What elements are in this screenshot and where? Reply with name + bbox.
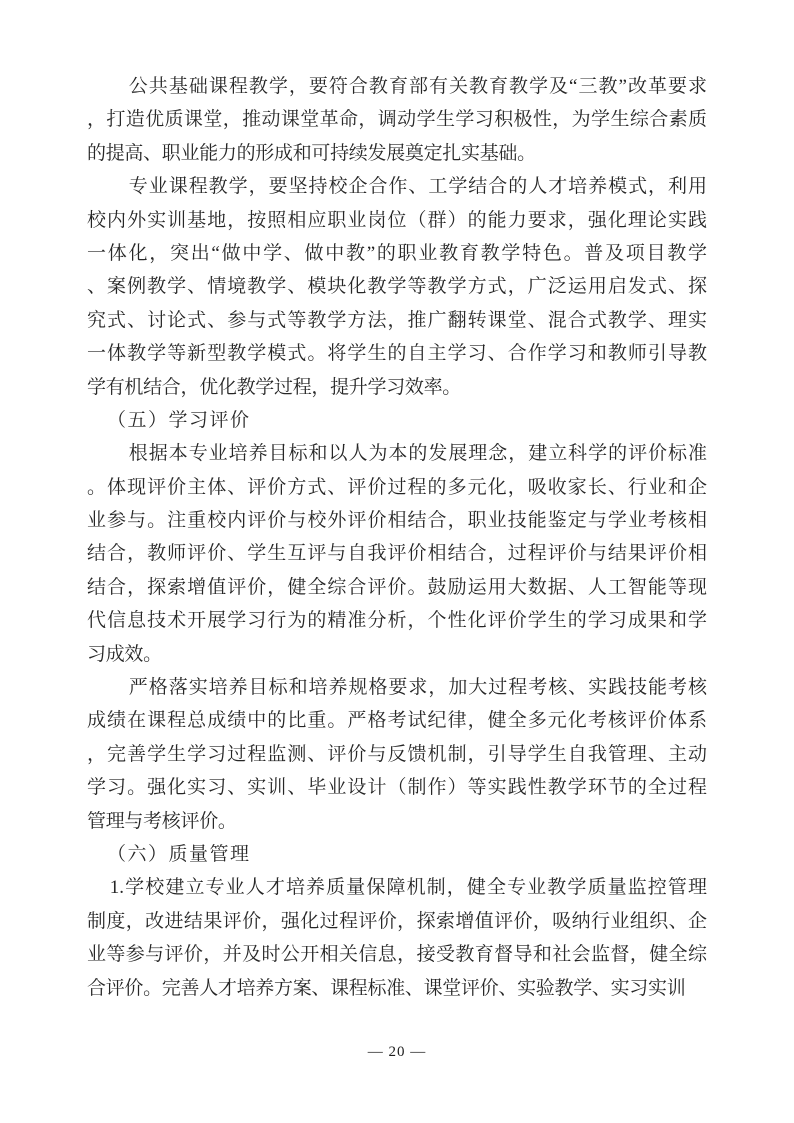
text-line: ，打造优质课堂，推动课堂革命，调动学生学习积极性，为学生综合素质	[87, 103, 707, 136]
text-line: ，完善学生学习过程监测、评价与反馈机制，引导学生自我管理、主动	[87, 738, 707, 771]
text-line: 根据本专业培养目标和以人为本的发展理念，建立科学的评价标准	[87, 437, 707, 470]
text-line: 学有机结合，优化教学过程，提升学习效率。	[87, 371, 707, 404]
text-block: 公共基础课程教学，要符合教育部有关教育教学及“三教”改革要求，打造优质课堂，推动…	[87, 70, 707, 1005]
text-line: 学习。强化实习、实训、毕业设计（制作）等实践性教学环节的全过程	[87, 771, 707, 804]
text-line: 。体现评价主体、评价方式、评价过程的多元化，吸收家长、行业和企	[87, 471, 707, 504]
section-heading: （五）学习评价	[87, 404, 707, 437]
text-line: 习成效。	[87, 638, 707, 671]
text-line: 业参与。注重校内评价与校外评价相结合，职业技能鉴定与学业考核相	[87, 504, 707, 537]
text-line: 代信息技术开展学习行为的精准分析，个性化评价学生的学习成果和学	[87, 604, 707, 637]
text-line: 一体化，突出“做中学、做中教”的职业教育教学特色。普及项目教学	[87, 237, 707, 270]
text-line: 校内外实训基地，按照相应职业岗位（群）的能力要求，强化理论实践	[87, 204, 707, 237]
text-line: 成绩在课程总成绩中的比重。严格考试纪律，健全多元化考核评价体系	[87, 704, 707, 737]
page-number: — 20 —	[368, 1044, 427, 1060]
section-heading: （六）质量管理	[87, 838, 707, 871]
text-line: 结合，探索增值评价，健全综合评价。鼓励运用大数据、人工智能等现	[87, 571, 707, 604]
text-line: 究式、讨论式、参与式等教学方法，推广翻转课堂、混合式教学、理实	[87, 304, 707, 337]
text-line: 公共基础课程教学，要符合教育部有关教育教学及“三教”改革要求	[87, 70, 707, 103]
text-line: 专业课程教学，要坚持校企合作、工学结合的人才培养模式，利用	[87, 170, 707, 203]
document-page: 公共基础课程教学，要符合教育部有关教育教学及“三教”改革要求，打造优质课堂，推动…	[0, 0, 794, 1123]
text-line: 制度，改进结果评价，强化过程评价，探索增值评价，吸纳行业组织、企	[87, 905, 707, 938]
text-line: 1.学校建立专业人才培养质量保障机制，健全专业教学质量监控管理	[87, 871, 707, 904]
text-line: 结合，教师评价、学生互评与自我评价相结合，过程评价与结果评价相	[87, 537, 707, 570]
text-line: 业等参与评价，并及时公开相关信息，接受教育督导和社会监督，健全综	[87, 938, 707, 971]
page-footer: — 20 —	[0, 1042, 794, 1062]
text-line: 合评价。完善人才培养方案、课程标准、课堂评价、实验教学、实习实训	[87, 972, 707, 1005]
text-line: 、案例教学、情境教学、模块化教学等教学方式，广泛运用启发式、探	[87, 270, 707, 303]
text-line: 管理与考核评价。	[87, 805, 707, 838]
text-line: 一体教学等新型教学模式。将学生的自主学习、合作学习和教师引导教	[87, 337, 707, 370]
text-line: 的提高、职业能力的形成和可持续发展奠定扎实基础。	[87, 137, 707, 170]
text-line: 严格落实培养目标和培养规格要求，加大过程考核、实践技能考核	[87, 671, 707, 704]
